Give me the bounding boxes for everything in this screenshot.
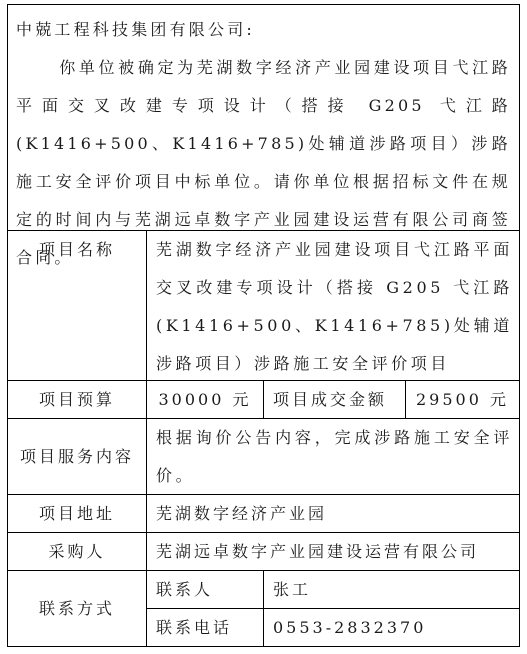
contact-person-label: 联系人: [147, 571, 263, 608]
notice-text: 中兢工程科技集团有限公司: 你单位被确定为芜湖数字经济产业园建设项目弋江路平面交…: [8, 5, 519, 230]
deal-amount-value: 29500 元: [406, 381, 519, 418]
service-content-label: 项目服务内容: [8, 419, 146, 494]
address-label: 项目地址: [8, 495, 146, 532]
budget-label: 项目预算: [8, 381, 146, 418]
purchaser-label: 采购人: [8, 533, 146, 570]
address-value: 芜湖数字经济产业园: [147, 495, 519, 532]
contact-person-value: 张工: [264, 571, 519, 608]
contact-label: 联系方式: [8, 571, 146, 646]
project-name-label: 项目名称: [8, 231, 146, 269]
award-notice-document: 中兢工程科技集团有限公司: 你单位被确定为芜湖数字经济产业园建设项目弋江路平面交…: [7, 4, 520, 647]
contact-phone-value: 0553-2832370: [264, 609, 519, 646]
deal-amount-label: 项目成交金额: [264, 381, 405, 418]
project-name-value: 芜湖数字经济产业园建设项目弋江路平面交叉改建专项设计（搭接 G205 弋江路(K…: [147, 231, 519, 380]
addressee: 中兢工程科技集团有限公司:: [16, 11, 511, 49]
contact-phone-label: 联系电话: [147, 609, 263, 646]
service-content-value: 根据询价公告内容，完成涉路施工安全评价。: [147, 419, 519, 494]
budget-value: 30000 元: [147, 381, 263, 418]
purchaser-value: 芜湖远卓数字产业园建设运营有限公司: [147, 533, 519, 570]
